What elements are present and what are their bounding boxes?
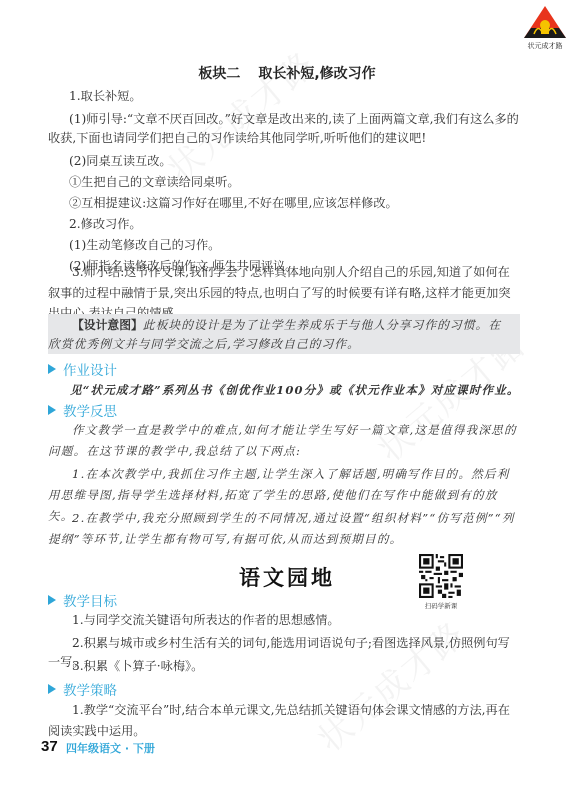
triangle-bullet-icon bbox=[48, 684, 56, 694]
design-intent-label: 【设计意图】 bbox=[72, 318, 143, 332]
triangle-bullet-icon bbox=[48, 364, 56, 374]
reflection-paragraph: 作文教学一直是教学中的难点,如何才能让学生写好一篇文章,这是值得我深思的问题。在… bbox=[48, 420, 520, 462]
goals-heading: 教学目标 bbox=[48, 590, 117, 610]
triangle-bullet-icon bbox=[48, 595, 56, 605]
block2-title-label: 板块二 bbox=[198, 66, 240, 82]
block2-title: 板块二取长补短,修改习作 bbox=[0, 63, 574, 83]
garden-title: 语文园地 bbox=[0, 562, 574, 592]
logo-emblem-icon bbox=[520, 4, 570, 42]
paragraph: (1)生动笔修改自己的习作。 bbox=[48, 236, 520, 255]
reflection-heading: 教学反思 bbox=[48, 400, 117, 420]
goals-heading-text: 教学目标 bbox=[63, 594, 117, 610]
triangle-bullet-icon bbox=[48, 405, 56, 415]
paragraph: 1.取长补短。 bbox=[48, 87, 520, 106]
paragraph: ②互相提建议:这篇习作好在哪里,不好在哪里,应该怎样修改。 bbox=[48, 194, 520, 213]
page-number: 37 bbox=[41, 738, 58, 755]
qr-code-icon[interactable] bbox=[419, 554, 463, 598]
book-label: 四年级语文 · 下册 bbox=[66, 740, 155, 756]
block2-title-text: 取长补短,修改习作 bbox=[258, 66, 375, 82]
homework-text: 见“状元成才路”系列丛书《创优作业100分》或《状元作业本》对应课时作业。 bbox=[70, 381, 520, 400]
homework-heading-text: 作业设计 bbox=[63, 363, 117, 379]
strategy-heading: 教学策略 bbox=[48, 679, 117, 699]
reflection-paragraph: 2.在教学中,我充分照顾到学生的不同情况,通过设置“组织材料”“仿写范例”“列提… bbox=[48, 508, 520, 550]
goal-item: 3.积累《卜算子·咏梅》。 bbox=[48, 657, 520, 676]
document-page: 状元成才路 状元成才路 状元成才路 状元成才路 板块二取长补短,修改习作 1.取… bbox=[0, 0, 574, 802]
strategy-item: 1.教学“交流平台”时,结合本单元课文,先总结抓关键语句体会课文情感的方法,再在… bbox=[48, 700, 520, 742]
publisher-logo: 状元成才路 bbox=[520, 4, 570, 56]
design-intent-text: 【设计意图】此板块的设计是为了让学生养成乐于与他人分享习作的习惯。在欣赏优秀例文… bbox=[48, 316, 513, 353]
reflection-heading-text: 教学反思 bbox=[63, 404, 117, 420]
goal-item: 1.与同学交流关键语句所表达的作者的思想感情。 bbox=[48, 611, 520, 630]
paragraph: 2.修改习作。 bbox=[48, 215, 520, 234]
strategy-heading-text: 教学策略 bbox=[63, 683, 117, 699]
logo-text: 状元成才路 bbox=[519, 41, 571, 51]
homework-heading: 作业设计 bbox=[48, 359, 117, 379]
paragraph: ①生把自己的文章读给同桌听。 bbox=[48, 173, 520, 192]
paragraph: (1)师引导:“文章不厌百回改。”好文章是改出来的,读了上面两篇文章,我们有这么… bbox=[48, 110, 520, 148]
paragraph: (2)同桌互读互改。 bbox=[48, 152, 520, 171]
qr-label: 扫码学新课 bbox=[412, 601, 470, 610]
design-intent-box: 【设计意图】此板块的设计是为了让学生养成乐于与他人分享习作的习惯。在欣赏优秀例文… bbox=[48, 314, 520, 354]
